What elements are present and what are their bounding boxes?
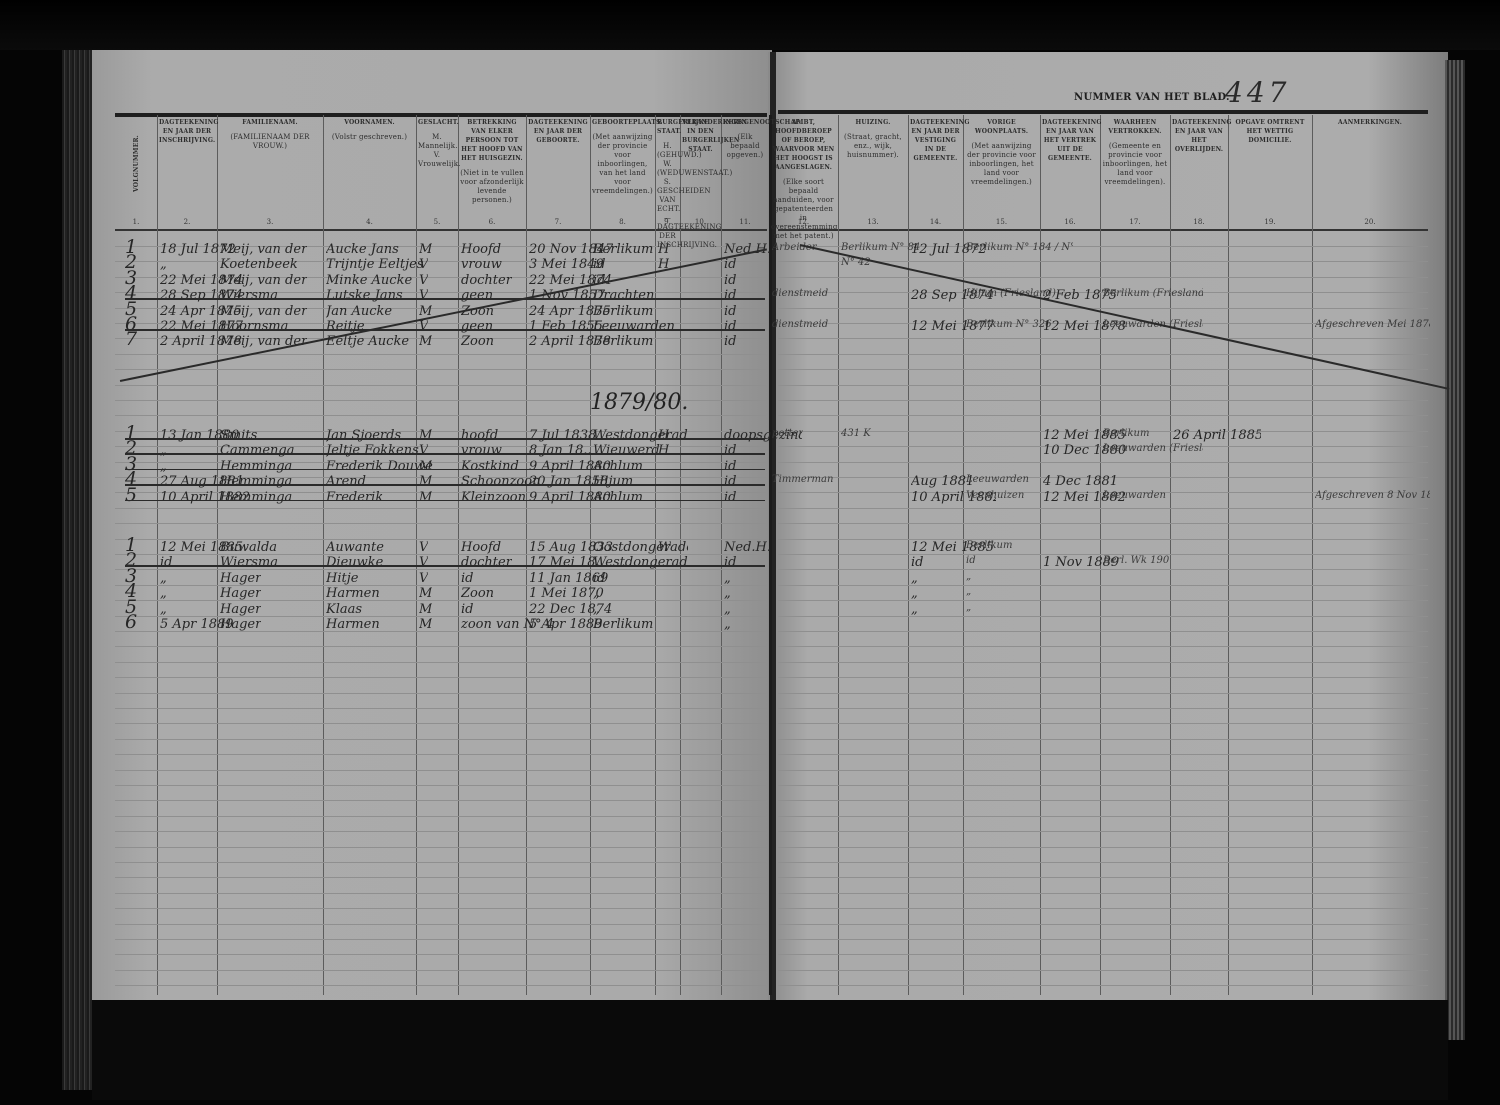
column-title: OPGAVE OMTRENT HET WETTIG DOMICILIE. [1230,118,1310,145]
entry-birthplace: Achlum [593,490,643,505]
column-divider [526,115,527,995]
column-divider [838,115,839,995]
header-top-rule [115,113,767,117]
entry-birthplace: Wieuwerd [593,443,660,458]
column-header-13: HUIZING.(Straat, gracht, enz., wijk, hui… [840,118,906,228]
entry-surname: Meij, van der [220,334,307,349]
entry-previous-residence: Leeuwarden [966,474,1029,485]
strikethrough-line [125,469,765,471]
ruled-line [115,908,767,909]
entry-birthplace: Westdongeradeel (Friesland) [593,428,688,443]
entry-given-names: Dieuwke [326,555,383,570]
ruled-line [778,415,1428,416]
column-title: DAGTEEKENING EN JAAR DER INSCHRIJVING. [159,118,215,145]
column-title: AANMERKINGEN. [1314,118,1426,127]
column-number: 7. [526,218,590,226]
entry-church: „ [724,602,731,617]
scan-bottom-shadow [92,1000,1448,1100]
column-header-7: DAGTEEKENING EN JAAR DER GEBOORTE. [528,118,588,228]
ruled-line [115,800,767,801]
column-title: AMBT, HOOFDBEROEP OF BEROEP, WAARVOOR ME… [771,118,836,172]
entry-relation-to-head: dochter [461,555,512,570]
column-number: 1. [115,218,157,226]
column-number: 15. [963,218,1040,226]
column-note: (FAMILIENAAM DER VROUW.) [219,133,321,151]
ruled-line [778,785,1428,786]
ruled-line [115,354,767,355]
scan-background [0,0,1500,50]
column-title: GEBOORTEPLAATS. [592,118,653,127]
entry-surname: Smits [220,428,257,443]
entry-birthplace: Westdongeradeel [593,555,688,570]
entry-given-names: Minke Aucke [326,273,412,288]
ruled-line [115,693,767,694]
entry-given-names: Frederik [326,490,383,505]
column-header-9: BURGERLIJKE STAAT.H. (GEHUWD.) W. (WEDUW… [657,118,678,228]
ruled-line [778,369,1428,370]
column-header-8: GEBOORTEPLAATS.(Met aanwijzing der provi… [592,118,653,228]
ruled-line [778,800,1428,801]
ruled-line [778,754,1428,755]
entry-birthplace: „ [593,602,600,617]
ruled-line [778,646,1428,647]
entry-birthplace: Berlikum [593,304,653,319]
column-title: FAMILIENAAM. [219,118,321,127]
ruled-line [778,908,1428,909]
entry-surname: Buwalda [220,540,277,555]
entry-settlement-date: id [911,555,923,570]
column-note: M. Mannelijk. V. Vrouwelijk. [418,133,456,169]
column-note: (Met aanwijzing der provincie voor inboo… [965,142,1038,187]
entry-birthplace: Leeuwarden [593,319,675,334]
ruled-line [115,970,767,971]
entry-destination: Berlikum [1103,428,1149,439]
sheet-number-label: NUMMER VAN HET BLAD. [1074,92,1230,103]
entry-occupation: Timmerman [772,474,833,485]
column-header-15: VORIGE WOONPLAATS.(Met aanwijzing der pr… [965,118,1038,228]
column-title: KERKGENOOTSCHAP. [723,118,767,127]
entry-sex: V [419,443,428,458]
page-stack-edge-left [62,50,96,1090]
ruled-line [778,693,1428,694]
entry-civil-status: W [658,540,671,555]
entry-surname: Cammenga [220,443,295,458]
entry-surname: Hemminga [220,459,292,474]
entry-house: 431 K [841,428,871,439]
column-title: DAGTEEKENING EN JAAR VAN HET VERTREK UIT… [1042,118,1098,163]
entry-relation-to-head: dochter [461,273,512,288]
entry-relation-to-head: Zoon [461,334,494,349]
ruled-line [115,677,767,678]
ruled-line [778,523,1428,524]
column-note: (Gemeente en provincie voor inboorlingen… [1102,142,1168,187]
ruled-line [778,400,1428,401]
entry-civil-status: H [658,428,669,443]
entry-birthplace: Berlikum [593,334,653,349]
ruled-line [115,847,767,848]
ruled-line [778,877,1428,878]
entry-relation-to-head: vrouw [461,257,502,272]
ruled-line [115,585,767,586]
entry-previous-residence: id [966,555,976,566]
ruled-line [115,754,767,755]
entry-given-names: Klaas [326,602,362,617]
entry-church: id [724,443,736,458]
entry-entry-number: 7 [125,328,137,350]
entry-sex: M [419,586,432,601]
entry-given-names: Frederik Douwe [326,459,433,474]
entry-destination: Berlikum (Friesland) [1103,288,1203,299]
column-title: BURGERLIJKE STAAT. [657,118,678,136]
entry-relation-to-head: geen [461,288,493,303]
ruled-line [778,893,1428,894]
entry-destination: Leeuwarden (Friesland) [1103,443,1203,454]
column-number: 2. [157,218,217,226]
ruled-line [115,462,767,463]
ruled-line [115,893,767,894]
column-title: VORIGE WOONPLAATS. [965,118,1038,136]
ruled-line [115,415,767,416]
entry-relation-to-head: geen [461,319,493,334]
entry-civil-status: H [658,443,669,458]
entry-church: id [724,490,736,505]
entry-settlement-date: Aug 1881 [911,474,974,489]
ruled-line [778,462,1428,463]
entry-church: „ [724,586,731,601]
column-note: (Straat, gracht, enz., wijk, huisnummer)… [840,133,906,160]
column-number: 5. [416,218,458,226]
column-header-16: DAGTEEKENING EN JAAR VAN HET VERTREK UIT… [1042,118,1098,228]
ruled-line [115,939,767,940]
entry-previous-residence: Berlikum N° 326 [966,319,1052,330]
column-number: 8. [590,218,655,226]
column-divider [721,115,722,995]
column-header-2: DAGTEEKENING EN JAAR DER INSCHRIJVING. [159,118,215,228]
column-note: (Elk bepaald opgeven.) [723,133,767,160]
column-divider [1312,115,1313,995]
entry-sex: M [419,428,432,443]
column-title: GESLACHT. [418,118,456,127]
column-note: (Niet in te vullen voor afzonderlijk lev… [460,169,524,205]
column-number: 9. [655,218,680,226]
column-header-6: BETREKKING VAN ELKER PERSOON TOT HET HOO… [460,118,524,228]
column-title: VOLGNUMMER. [132,124,141,204]
entry-previous-residence: „ [966,571,971,582]
entry-birthplace: Drachten [593,288,654,303]
strikethrough-line [125,438,765,440]
entry-church: „ [724,617,731,632]
ruled-line [778,277,1428,278]
section-year-label: 1879/80. [590,390,688,415]
entry-church: Ned.H. [724,540,771,555]
entry-sex: M [419,490,432,505]
entry-entry-number: 6 [125,611,137,633]
entry-sex: M [419,474,432,489]
entry-birth-date: 1 Feb 1855 [529,319,603,334]
entry-birthplace: „ [593,586,600,601]
ruled-line [778,939,1428,940]
entry-birth-date: 7 Jul 1838 [529,428,596,443]
ruled-line [778,816,1428,817]
entry-given-names: Harmen [326,617,380,632]
ruled-line [778,338,1428,339]
ruled-line [115,739,767,740]
column-number: 17. [1100,218,1170,226]
ruled-line [778,970,1428,971]
ruled-line [778,385,1428,386]
entry-sex: V [419,540,428,555]
entry-registration-date: „ [160,586,167,601]
entry-church: id [724,555,736,570]
entry-birth-date: 22 Dec 1874 [529,602,612,617]
ruled-line [115,369,767,370]
column-title: HUIZING. [840,118,906,127]
entry-given-names: Jan Sjoerds [326,428,401,443]
column-note: (Met aanwijzing der provincie voor inboo… [592,133,653,196]
column-number: 14. [908,218,963,226]
column-header-3: FAMILIENAAM.(FAMILIENAAM DER VROUW.) [219,118,321,228]
entry-registration-date: id [160,555,172,570]
entry-departure-date: 4 Dec 1881 [1043,474,1118,489]
entry-church: id [724,474,736,489]
column-note: (Elke soort bepaald aanduiden, voor gepa… [771,178,836,241]
entry-birthplace: Berlikum [593,242,653,257]
entry-registration-date: „ [160,571,167,586]
entry-relation-to-head: id [461,571,473,586]
entry-relation-to-head: Kostkind [461,459,519,474]
column-number: 3. [217,218,323,226]
entry-birthplace: Hijum [593,474,633,489]
ruled-line [778,585,1428,586]
column-divider [458,115,459,995]
entry-birthplace: id [593,257,605,272]
entry-surname: Hager [220,571,261,586]
entry-birthplace: Berlikum [593,617,653,632]
entry-previous-residence: Berlikum [966,540,1012,551]
entry-relation-to-head: hoofd [461,428,498,443]
entry-sex: V [419,555,428,570]
ruled-line [778,677,1428,678]
header-bottom-rule-right [778,229,1428,231]
entry-relation-to-head: Kleinzoon [461,490,526,505]
ruled-line [115,785,767,786]
entry-given-names: Arend [326,474,366,489]
column-header-19: OPGAVE OMTRENT HET WETTIG DOMICILIE. [1230,118,1310,228]
column-header-4: VOORNAMEN.(Volstr geschreven.) [325,118,414,228]
ruled-line [115,662,767,663]
column-number: 18. [1170,218,1228,226]
ruled-line [778,662,1428,663]
entry-surname: Hemminga [220,490,292,505]
column-header-1: VOLGNUMMER. [117,118,155,228]
entry-surname: Koetenbeek [220,257,298,272]
entry-registration-date: „ [160,459,167,474]
entry-destination: Leeuwarden (Friesland) [1103,319,1203,330]
column-header-18: DAGTEEKENING EN JAAR VAN HET OVERLIJDEN. [1172,118,1226,228]
entry-surname: Hager [220,617,261,632]
entry-church: id [724,459,736,474]
entry-surname: Meij, van der [220,242,307,257]
column-header-10: VERANDERINGEN IN DEN BURGERLIJKEN STAAT. [682,118,719,228]
ruled-line [778,616,1428,617]
column-divider [1228,115,1229,995]
column-divider [416,115,417,995]
entry-surname: Wiersma [220,288,278,303]
column-number: 16. [1040,218,1100,226]
entry-death-date: 26 April 1885 [1173,428,1261,443]
strikethrough-line [125,565,765,567]
entry-given-names: Auwante [326,540,384,555]
column-number: 11. [721,218,769,226]
column-number: 20. [1312,218,1428,226]
entry-sex: M [419,334,432,349]
entry-sex: V [419,257,428,272]
ruled-line [115,954,767,955]
entry-registration-date: „ [160,602,167,617]
ruled-line [115,877,767,878]
column-divider [323,115,324,995]
strikethrough-line [125,298,765,300]
entry-occupation: dienstmeid [772,288,828,299]
entry-remarks: Afgeschreven Mei 1878 [1315,319,1430,330]
ruled-line [115,385,767,386]
column-header-20: AANMERKINGEN. [1314,118,1426,228]
entry-registration-date: „ [160,443,167,458]
sheet-number: 447 [1225,76,1290,109]
entry-sex: V [419,571,428,586]
entry-registration-date: „ [160,257,167,272]
ruled-line [115,862,767,863]
column-divider [157,115,158,995]
entry-occupation: potter [772,428,803,439]
entry-destination: Berl. Wk 190 [1103,555,1169,566]
entry-house: Berlikum N° 84 [841,242,920,253]
column-header-5: GESLACHT.M. Mannelijk. V. Vrouwelijk. [418,118,456,228]
entry-occupation: dienstmeid [772,319,828,330]
ruled-line [115,600,767,601]
column-title: BETREKKING VAN ELKER PERSOON TOT HET HOO… [460,118,524,163]
ruled-line [778,739,1428,740]
entry-surname: Hoornsma [220,319,288,334]
entry-given-names: Jeltje Fokkens [326,443,419,458]
entry-sex: V [419,273,428,288]
column-title: DAGTEEKENING EN JAAR DER GEBOORTE. [528,118,588,145]
entry-church: id [724,319,736,334]
ruled-line [115,523,767,524]
column-title: VOORNAMEN. [325,118,414,127]
entry-settlement-date: „ [911,602,918,617]
strikethrough-line [125,329,765,331]
entry-settlement-date: „ [911,586,918,601]
entry-relation-to-head: vrouw [461,443,502,458]
strikethrough-line [125,500,765,502]
ruled-line [115,924,767,925]
entry-surname: Meij, van der [220,304,307,319]
column-number: 4. [323,218,416,226]
entry-settlement-date: „ [911,571,918,586]
entry-civil-status: H [658,242,669,257]
entry-surname: Hager [220,602,261,617]
column-title: DAGTEEKENING EN JAAR DER VESTIGING IN DE… [910,118,961,163]
entry-church: „ [724,571,731,586]
strikethrough-line [125,484,765,486]
page-stack-edge-right [1445,60,1465,1040]
entry-sex: M [419,617,432,632]
ruled-line [115,985,767,986]
entry-surname: Hager [220,586,261,601]
ruled-line [778,539,1428,540]
column-header-14: DAGTEEKENING EN JAAR DER VESTIGING IN DE… [910,118,961,228]
entry-entry-number: 5 [125,484,137,506]
header-top-rule-right [778,110,1428,114]
ruled-line [778,770,1428,771]
entry-relation-to-head: id [461,602,473,617]
entry-sex: V [419,319,428,334]
ruled-line [778,862,1428,863]
entry-church: id [724,273,736,288]
ruled-line [115,708,767,709]
entry-birthplace: id [593,571,605,586]
ruled-line [115,508,767,509]
ruled-line [778,924,1428,925]
entry-church: id [724,334,736,349]
ruled-line [115,646,767,647]
ruled-line [778,508,1428,509]
entry-given-names: Hitje [326,571,358,586]
entry-destination: Leeuwarden [1103,490,1166,501]
entry-relation-to-head: Hoofd [461,540,501,555]
strikethrough-line [125,453,765,455]
entry-given-names: Trijntje Eeltjes [326,257,424,272]
entry-given-names: Aucke Jans [326,242,399,257]
entry-surname: Hemminga [220,474,292,489]
ruled-line [115,831,767,832]
entry-previous-residence: Veenhuizen [966,490,1024,501]
column-number: 19. [1228,218,1312,226]
ruled-line [778,985,1428,986]
column-number: 13. [838,218,908,226]
entry-surname: Wiersma [220,555,278,570]
ruled-line [115,723,767,724]
entry-birth-date: 8 Jan 18.. [529,443,592,458]
entry-church: id [724,257,736,272]
entry-birth-date: 5 Apr 1889 [529,617,603,632]
ruled-line [115,816,767,817]
column-number: 12. [769,218,838,226]
column-title: DAGTEEKENING EN JAAR VAN HET OVERLIJDEN. [1172,118,1226,154]
column-title: WAARHEEN VERTROKKEN. [1102,118,1168,136]
column-note: H. (GEHUWD.) W. (WEDUWENSTAAT.) S. GESCH… [657,142,678,250]
ruled-line [115,770,767,771]
entry-church: id [724,288,736,303]
ruled-line [778,847,1428,848]
column-number: 6. [458,218,526,226]
ruled-line [778,708,1428,709]
column-header-12: AMBT, HOOFDBEROEP OF BEROEP, WAARVOOR ME… [771,118,836,228]
ruled-line [778,723,1428,724]
ruled-line [778,600,1428,601]
entry-birthplace: id [593,273,605,288]
column-title: VERANDERINGEN IN DEN BURGERLIJKEN STAAT. [682,118,719,154]
entry-birthplace: Achlum [593,459,643,474]
entry-given-names: Lutske Jans [326,288,403,303]
entry-sex: M [419,242,432,257]
ruled-line [778,954,1428,955]
entry-birthplace: Oostdongeradeel [593,540,688,555]
entry-given-names: Jan Aucke [326,304,392,319]
entry-surname: Meij, van der [220,273,307,288]
entry-previous-residence: „ [966,586,971,597]
